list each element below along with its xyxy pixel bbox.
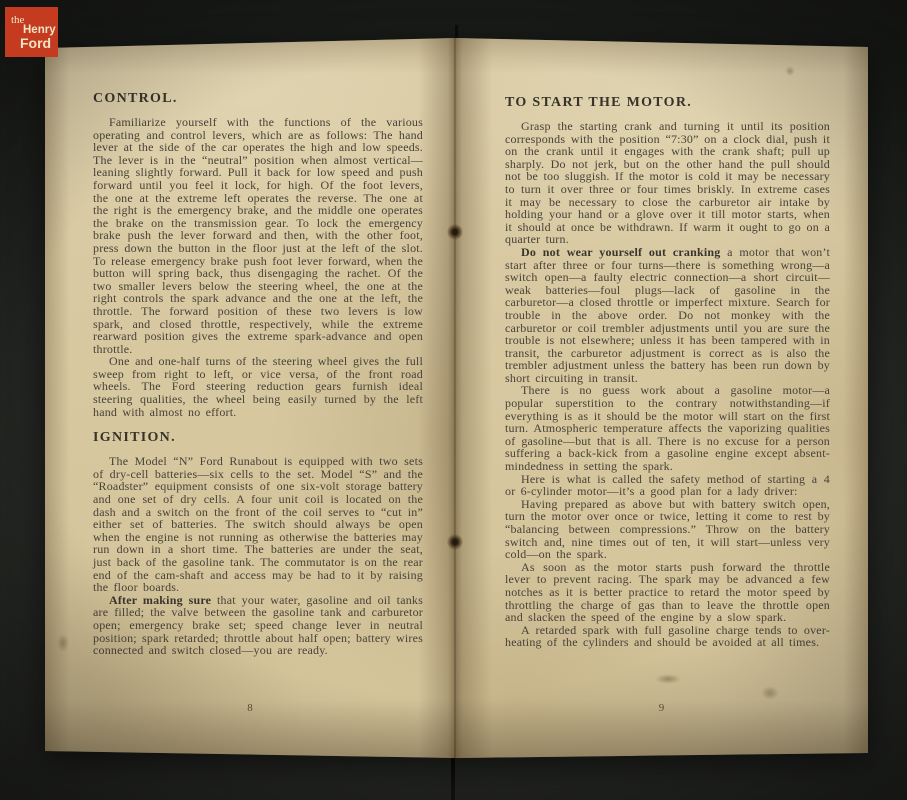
paragraph-text: Having prepared as above but with batter… (505, 497, 830, 561)
paragraph: A retarded spark with full gasoline char… (505, 624, 830, 649)
page-right: TO START THE MOTOR. Grasp the starting c… (455, 38, 868, 758)
section-heading-ignition: IGNITION. (93, 429, 423, 446)
page-number-right: 9 (455, 702, 868, 714)
page-right-content: TO START THE MOTOR. Grasp the starting c… (455, 38, 868, 758)
paragraph-text: Grasp the starting crank and turning it … (505, 119, 830, 246)
section-heading-start-motor: TO START THE MOTOR. (505, 94, 830, 111)
paragraph: As soon as the motor starts push forward… (505, 561, 830, 624)
paragraph: Familiarize yourself with the functions … (93, 116, 423, 355)
paragraph-text: The Model “N” Ford Runabout is equipped … (93, 454, 423, 594)
logo-text-ford: Ford (20, 36, 51, 50)
paragraph: After making sure that your water, gasol… (93, 594, 423, 657)
page-number-left: 8 (45, 702, 455, 714)
page-left: CONTROL. Familiarize yourself with the f… (45, 38, 455, 758)
paragraph-text: There is no guess work about a gasoline … (505, 383, 830, 473)
paragraph-text: One and one-half turns of the steering w… (93, 354, 423, 418)
paragraph: One and one-half turns of the steering w… (93, 355, 423, 418)
paragraph: Here is what is called the safety method… (505, 473, 830, 498)
paragraph-text: a motor that won’t start after three or … (505, 245, 830, 385)
paragraph: Do not wear yourself out cranking a moto… (505, 246, 830, 385)
paragraph: The Model “N” Ford Runabout is equipped … (93, 455, 423, 594)
paragraph-text: A retarded spark with full gasoline char… (505, 623, 830, 650)
paragraph-text: Familiarize yourself with the functions … (93, 115, 423, 356)
henry-ford-logo: the Henry Ford (5, 7, 58, 57)
paragraph: There is no guess work about a gasoline … (505, 384, 830, 472)
paragraph: Having prepared as above but with batter… (505, 498, 830, 561)
booklet-spread: CONTROL. Familiarize yourself with the f… (45, 38, 868, 758)
paragraph-text: As soon as the motor starts push forward… (505, 560, 830, 624)
page-left-content: CONTROL. Familiarize yourself with the f… (45, 38, 455, 758)
section-heading-control: CONTROL. (93, 90, 423, 107)
paragraph-text: Here is what is called the safety method… (505, 472, 830, 499)
booklet-spine-bottom (451, 757, 455, 800)
paragraph: Grasp the starting crank and turning it … (505, 120, 830, 246)
